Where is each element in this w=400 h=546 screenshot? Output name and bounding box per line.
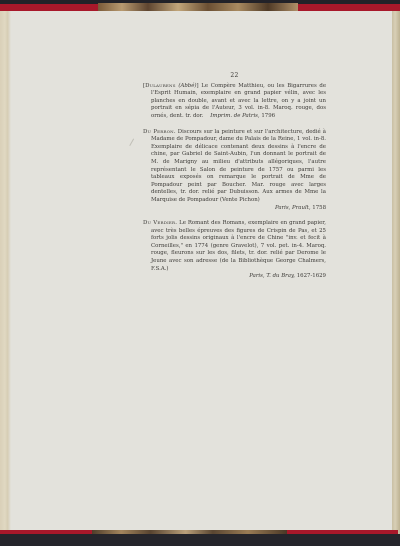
entry-imprint: Paris, T. du Bray, 1627-1629 [151,273,326,281]
catalogue-entry-du-verdier: Du Verdier. Le Romant des Romans, exempl… [143,220,326,281]
entry-imprint-place: Imprim. de Patris, [210,113,259,119]
entry-author-qualifier: (Abbé) [176,83,197,89]
entry-imprint-year: 1758 [311,205,326,211]
entry-imprint-place: Paris, T. du Bray, [249,273,295,279]
scan-stage: 22 [Dulaurens (Abbé)] Le Compère Matthie… [0,0,400,546]
entry-author: Dulaurens [145,83,176,89]
entry-imprint-year: 1627-1629 [295,273,326,279]
page-gutter [0,11,11,531]
entry-imprint: Paris, Prault, 1758 [151,205,326,213]
cover-board-bottom [0,534,400,546]
entry-imprint-place: Paris, Prault, [275,205,311,211]
page-number: 22 [143,72,326,80]
entry-description: Le Romant des Romans, exemplaire en gran… [151,220,326,272]
entry-description: Discours sur la peinture et sur l'archit… [151,129,326,203]
catalogue-text: 22 [Dulaurens (Abbé)] Le Compère Matthie… [143,72,326,289]
entry-imprint-year: 1796 [260,113,275,119]
page-fore-edge [392,11,400,534]
entry-author: Du Verdier. [143,220,177,226]
catalogue-entry-du-perron: Du Perron. Discours sur la peinture et s… [143,129,326,213]
catalogue-entry-dulaurens: [Dulaurens (Abbé)] Le Compère Matthieu, … [143,83,326,121]
entry-author: Du Perron. [143,129,176,135]
